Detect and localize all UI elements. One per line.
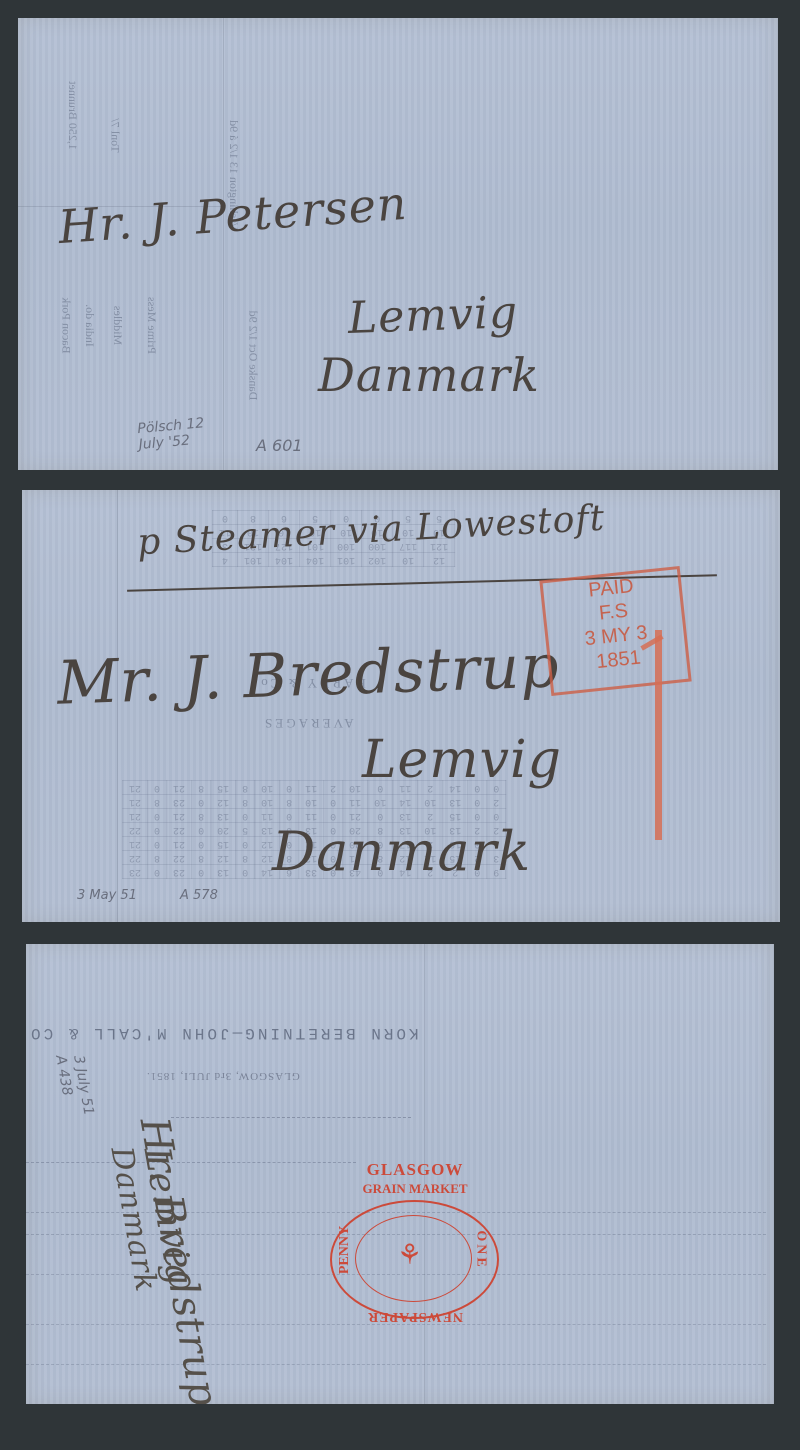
pencil-note: A 578 — [180, 888, 218, 903]
printed-rule — [26, 1364, 766, 1365]
printed-date: GLASGOW, 3rd JULI, 1851. — [146, 1070, 300, 1082]
stamp-city: GLASGOW — [325, 1160, 505, 1180]
address-country: Danmark — [272, 820, 531, 883]
printed-text: Prime Mess — [144, 297, 159, 354]
printed-text: Middles — [110, 306, 125, 345]
printed-text: Tonl 7/ — [108, 118, 123, 152]
glasgow-grain-market-stamp: GLASGOW GRAIN MARKET PENNY ONE ⚘ NEWSPAP… — [325, 1160, 505, 1330]
printed-header: KORN BERETNING—JOHN M'CALL & CO — [28, 1024, 419, 1042]
stamp-market: GRAIN MARKET — [325, 1181, 505, 1197]
pencil-note: Pölsch 12 July '52 — [137, 415, 210, 453]
printed-subheader: AVERAGES — [262, 715, 354, 731]
pencil-note: 3 May 51 — [77, 888, 137, 903]
address-recipient: Mr. J. Bredstrup — [56, 631, 561, 718]
printed-text: Bacon Pork — [59, 297, 74, 353]
pencil-note: A 601 — [256, 436, 303, 455]
address-recipient: Hr. J. Petersen — [57, 176, 410, 254]
stamp-one: ONE — [473, 1230, 489, 1269]
printed-rule — [26, 1162, 356, 1163]
paid-handstamp: PAID F.S 3 MY 3 1851 — [539, 566, 691, 696]
printed-rule — [171, 1117, 411, 1118]
printed-text: 1,250 Brunnet — [65, 81, 80, 150]
stamp-newspaper: NEWSPAPER — [325, 1308, 505, 1324]
address-town: Lemvig — [347, 287, 519, 344]
address-town: Lemvig — [362, 730, 562, 790]
royal-arms-icon: ⚘ — [397, 1238, 422, 1272]
fold-line — [223, 18, 224, 470]
letter-2: 12101021011041041014 1211171001001011271… — [22, 490, 780, 922]
stamp-penny: PENNY — [337, 1226, 353, 1274]
address-country: Danmark — [318, 348, 540, 402]
letter-1: 1,250 Brunnet Tonl 7/ Bacon Pork India d… — [18, 18, 778, 470]
red-crayon-stroke — [655, 630, 662, 840]
printed-text: Danske Oct 1/2 9d — [245, 311, 260, 401]
pencil-note: 3 July 51 — [70, 1054, 96, 1117]
printed-text: India do. — [82, 304, 97, 347]
